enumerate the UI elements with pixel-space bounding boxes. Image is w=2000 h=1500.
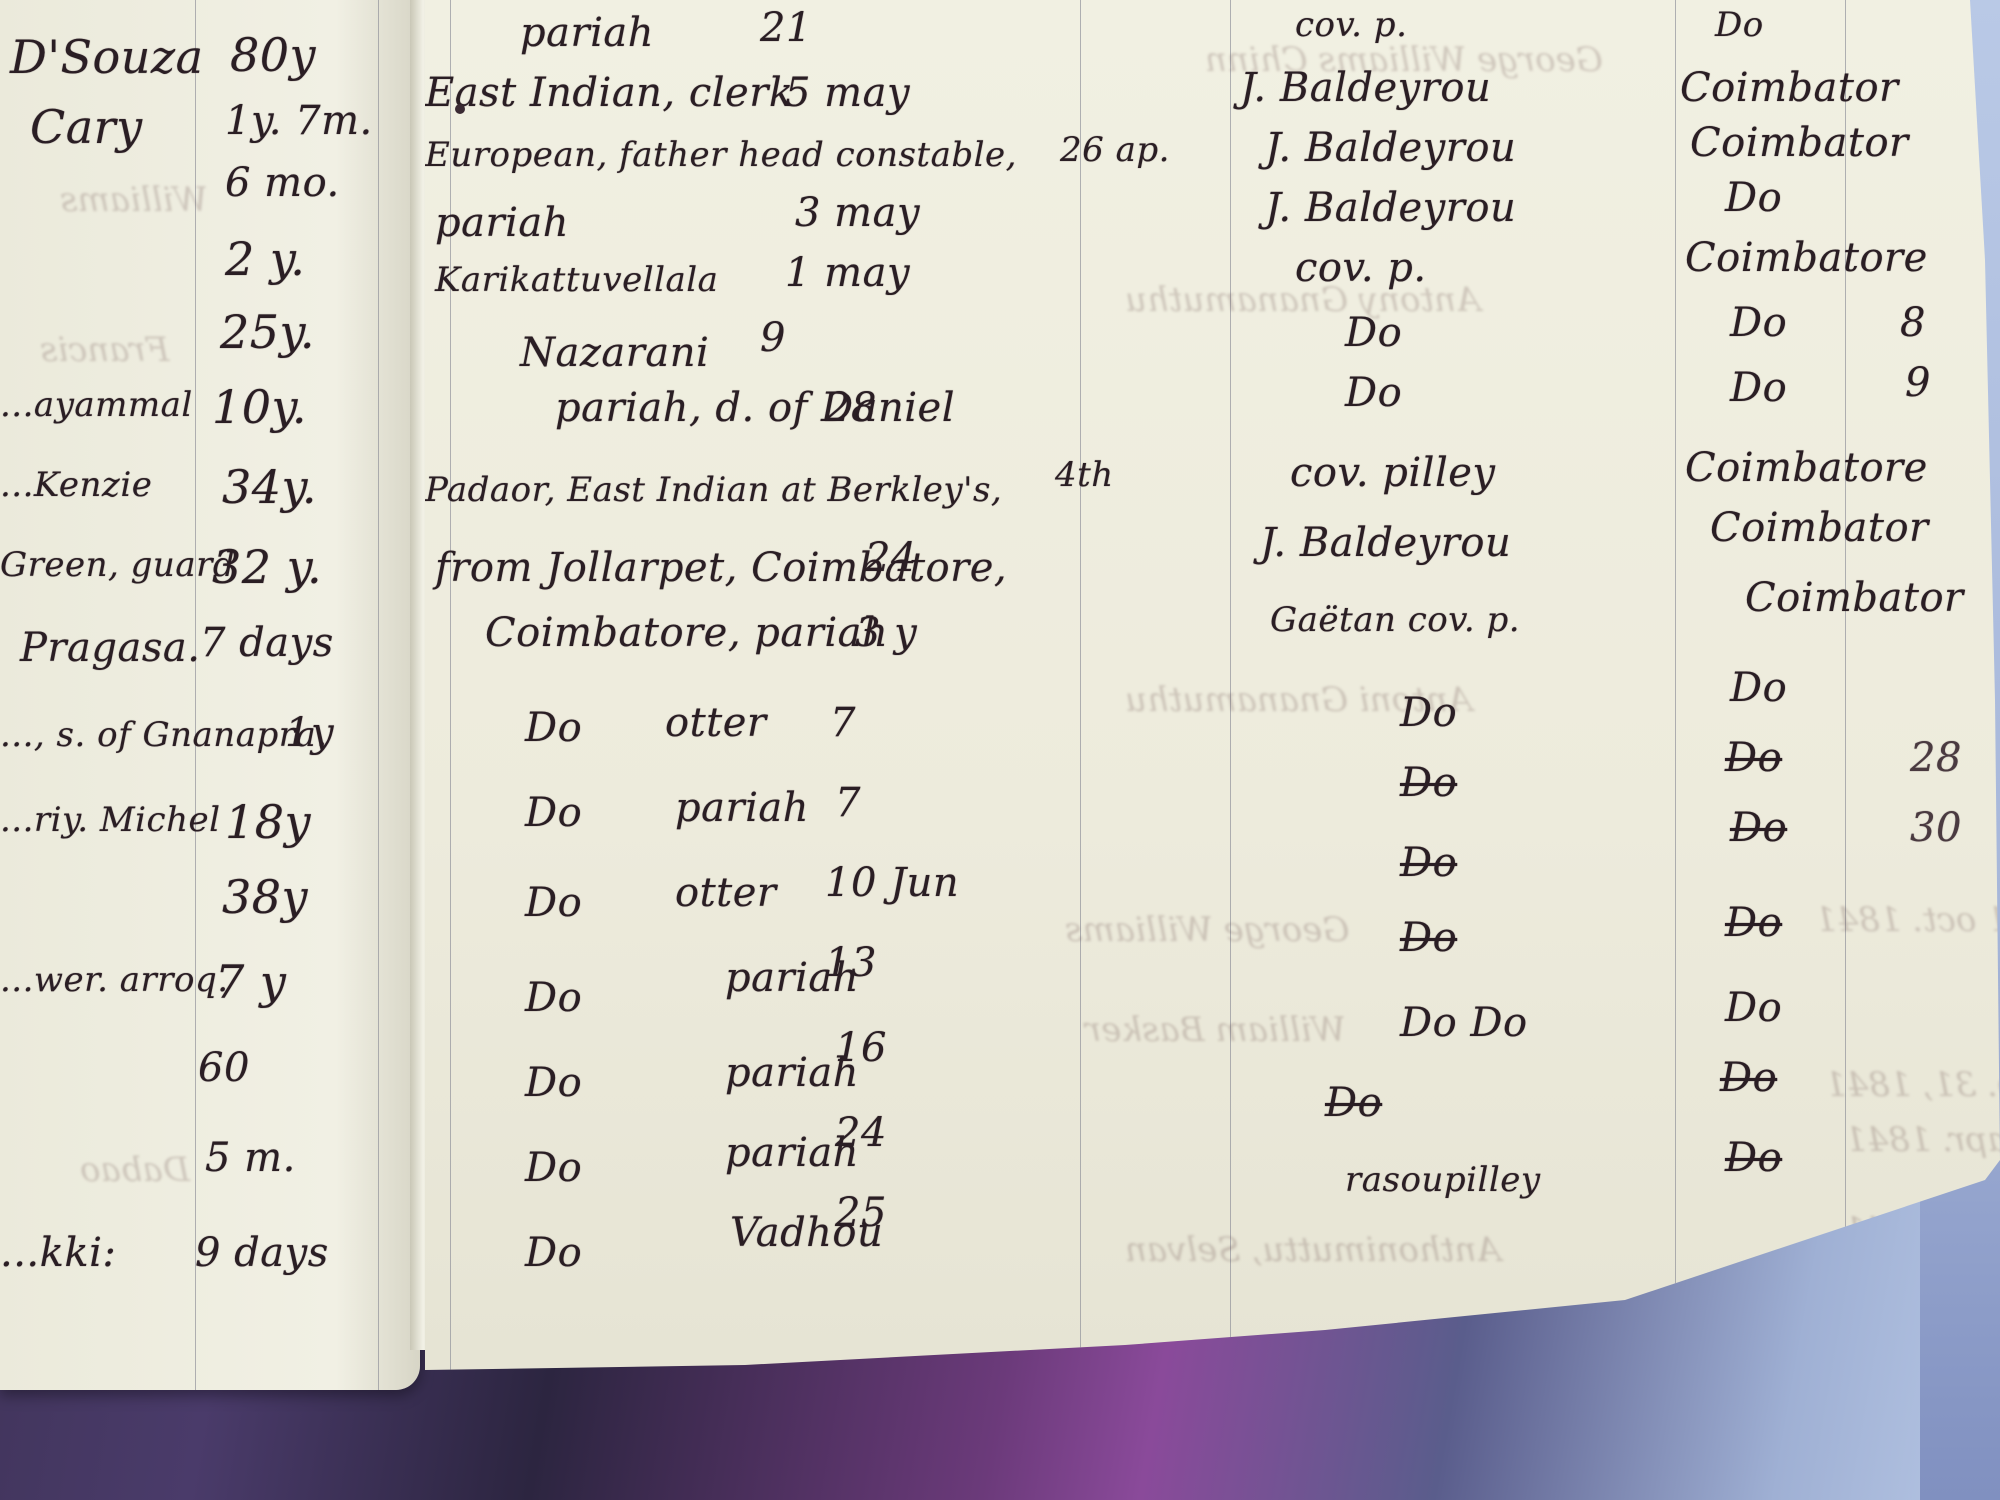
entry-note: 8 [1900, 300, 1926, 346]
left-row-age: 32 y. [212, 540, 322, 594]
entry-ditto: Do [525, 1145, 582, 1191]
bleed-through-text: George Williams [1065, 910, 1350, 950]
entry-officiant: J. Baldeyrou [1260, 520, 1511, 566]
entry-place: Do [1725, 985, 1782, 1031]
entry-description: East Indian, clerk [425, 70, 794, 116]
entry-age: 28 [825, 385, 877, 431]
entry-description: pariah [520, 10, 654, 56]
entry-note: 9 [1905, 360, 1931, 406]
entry-age: 13 [825, 940, 877, 986]
entry-description: Karikattuvellala [435, 260, 718, 300]
entry-age: 24 [865, 535, 917, 581]
entry-officiant: J. Baldeyrou [1240, 65, 1491, 111]
entry-description: from Jollarpet, Coimbatore, [435, 545, 1007, 591]
bleed-through-text: 11 oct. 1841 [1815, 900, 2000, 940]
bleed-through-text: ap. 31, 1841 [1825, 1065, 2000, 1105]
left-row-age: 18y [225, 795, 311, 849]
left-row-age: 1y [285, 710, 334, 756]
entry-place: Coimbator [1710, 505, 1929, 551]
entry-officiant: cov. p. [1295, 5, 1407, 45]
left-row-age: 7 days [200, 620, 334, 666]
entry-officiant: J. Baldeyrou [1265, 125, 1516, 171]
entry-officiant: Do [1325, 1080, 1382, 1126]
entry-age: 25 [835, 1190, 887, 1236]
left-row-name: D'Souza [10, 30, 204, 84]
entry-age: 3 may [795, 190, 920, 236]
bleed-through-text: Williams [60, 180, 208, 220]
entry-description: Coimbatore, pariah [485, 610, 888, 656]
left-row-age: 25y. [220, 305, 315, 359]
entry-officiant: Do [1400, 840, 1457, 886]
entry-description: European, father head constable, [425, 135, 1017, 175]
entry-place: Do [1730, 805, 1787, 851]
entry-officiant: Do [1345, 370, 1402, 416]
entry-note: 28 [1910, 735, 1962, 781]
entry-place: Do [1730, 365, 1787, 411]
left-row-name: ...riy. Michel [0, 800, 220, 840]
left-row-age: 5 m. [205, 1135, 296, 1181]
column-rule [1675, 0, 1676, 1370]
entry-ditto: Do [525, 880, 582, 926]
left-row-age: 6 mo. [225, 160, 340, 206]
left-row-name: ...kki: [0, 1230, 116, 1276]
entry-description: otter [675, 870, 777, 916]
left-row-name: Pragasa. [20, 625, 200, 671]
entry-place: Do [1730, 665, 1787, 711]
column-rule [1080, 0, 1081, 1370]
entry-age: 3 y [855, 610, 917, 656]
entry-age: 1 may [785, 250, 910, 296]
entry-officiant: Do [1345, 310, 1402, 356]
entry-age: 16 [835, 1025, 887, 1071]
left-row-age: 38y [222, 870, 308, 924]
entry-age: 9 [760, 315, 786, 361]
left-row-name: Green, guard [0, 545, 235, 585]
entry-description: pariah [435, 200, 569, 246]
entry-age: 26 ap. [1060, 130, 1170, 170]
entry-age: 7 [830, 700, 856, 746]
left-row-age: 9 days [195, 1230, 329, 1276]
entry-officiant: J. Baldeyrou [1265, 185, 1516, 231]
left-row-name: ...wer. arroq. [0, 960, 229, 1000]
bleed-through-text: William Basker [1085, 1010, 1346, 1050]
entry-officiant: Do [1400, 915, 1457, 961]
left-row-age: 80y [230, 28, 316, 82]
entry-age: 4th [1055, 455, 1114, 495]
entry-description: Padaor, East Indian at Berkley's, [425, 470, 1002, 510]
left-page: Williams Francis Dabao D'Souza 80y Cary … [0, 0, 420, 1390]
left-row-age: 10y. [212, 380, 307, 434]
entry-officiant: Gaëtan cov. p. [1270, 600, 1520, 640]
left-row-age: 60 [198, 1045, 250, 1091]
entry-age: 5 may [785, 70, 910, 116]
entry-age: 21 [760, 5, 812, 51]
left-row-name: ...ayammal [0, 385, 193, 425]
entry-place: Do [1720, 1055, 1777, 1101]
column-rule [378, 0, 379, 1390]
left-row-name: ..., s. of Gnanapra. [0, 715, 328, 755]
entry-place: Do [1725, 1135, 1782, 1181]
entry-age: 24 [835, 1110, 887, 1156]
left-row-name: Cary [30, 100, 143, 154]
entry-age: 7 [835, 780, 861, 826]
entry-note: 30 [1910, 805, 1962, 851]
entry-place: Coimbator [1680, 65, 1899, 111]
left-row-age: 7 y [215, 955, 286, 1009]
entry-officiant: cov. p. [1295, 245, 1427, 291]
entry-officiant: Do [1400, 760, 1457, 806]
column-rule [1845, 0, 1846, 1370]
left-row-name: ...Kenzie [0, 465, 152, 505]
entry-ditto: Do [525, 975, 582, 1021]
entry-place: Coimbatore [1685, 235, 1928, 281]
entry-description: Nazarani [520, 330, 709, 376]
entry-ditto: Do [525, 1060, 582, 1106]
entry-place: Do [1725, 175, 1782, 221]
left-row-age: 2 y. [225, 232, 305, 286]
entry-officiant: Do Do [1400, 1000, 1528, 1046]
entry-place: Coimbator [1745, 575, 1964, 621]
left-row-age: 34y. [222, 460, 317, 514]
entry-place: Coimbator [1690, 120, 1909, 166]
entry-description: pariah [675, 785, 809, 831]
entry-officiant: Do [1400, 690, 1457, 736]
entry-description: otter [665, 700, 767, 746]
entry-officiant: rasoupilley [1345, 1160, 1541, 1200]
entry-officiant: cov. pilley [1290, 450, 1496, 496]
entry-place: Do [1725, 735, 1782, 781]
entry-ditto: Do [525, 705, 582, 751]
bleed-through-text: Dabao [80, 1150, 190, 1190]
ink-dot [455, 104, 465, 114]
entry-ditto: Do [525, 1230, 582, 1276]
entry-age: 10 Jun [825, 860, 959, 906]
bleed-through-text: 13 apr. 1841 [1845, 1120, 2000, 1160]
bleed-through-text: Anthonimuttu, Selvan [1125, 1230, 1501, 1270]
entry-place: Do [1715, 5, 1764, 45]
entry-place: Do [1730, 300, 1787, 346]
left-row-age: 1y. 7m. [225, 98, 373, 144]
right-page: George Williams Chinn Antony Gnanamuthu … [425, 0, 2000, 1370]
entry-place: Coimbatore [1685, 445, 1928, 491]
entry-ditto: Do [525, 790, 582, 836]
bleed-through-text: Francis [40, 330, 169, 370]
entry-place: Do [1725, 900, 1782, 946]
entry-description: pariah, d. of Daniel [555, 385, 955, 431]
